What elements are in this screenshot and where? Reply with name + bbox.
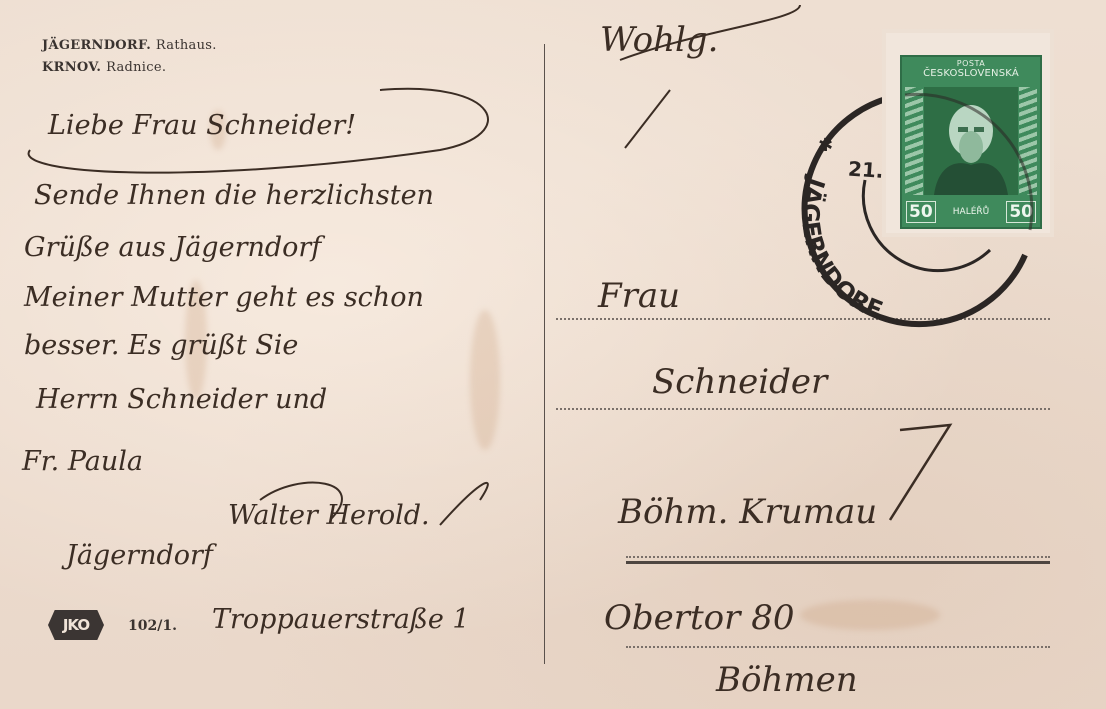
logo-text: JKO <box>63 616 89 634</box>
caption-building-de: Rathaus. <box>156 38 217 53</box>
stamp-posta: POSTA <box>902 59 1040 68</box>
address-underline <box>626 561 1050 564</box>
address-street: Obertor 80 <box>604 598 794 638</box>
postcard: JÄGERNDORF. Rathaus. KRNOV. Radnice. Lie… <box>0 0 1106 709</box>
publisher-logo: JKO <box>48 606 104 644</box>
message-line: Meiner Mutter geht es schon <box>24 282 424 313</box>
address-line <box>556 318 1050 320</box>
message-signature: Walter Herold. <box>228 500 430 531</box>
stain <box>470 310 500 450</box>
caption-building-cz: Radnice. <box>106 60 166 75</box>
address-prefix: Wohlg. <box>600 20 718 60</box>
stamp-face: POSTA ČESKOSLOVENSKÁ 50 HALÉŘŮ 50 <box>900 55 1042 229</box>
message-line: besser. Es grüßt Sie <box>24 330 298 361</box>
laurel-icon <box>905 87 923 195</box>
caption-town-cz: KRNOV. <box>42 60 101 75</box>
caption-line-2: KRNOV. Radnice. <box>42 60 166 75</box>
caption-line-1: JÄGERNDORF. Rathaus. <box>42 38 217 53</box>
stamp-unit: HALÉŘŮ <box>953 207 989 217</box>
message-salutation: Liebe Frau Schneider! <box>48 110 356 141</box>
address-name: Schneider <box>652 362 827 402</box>
message-line: Grüße aus Jägerndorf <box>24 232 321 263</box>
stamp-header: POSTA ČESKOSLOVENSKÁ <box>902 57 1040 79</box>
caption-town-de: JÄGERNDORF. <box>42 38 151 53</box>
address-city: Böhm. Krumau <box>618 492 877 532</box>
stamp-value-right: 50 <box>1006 201 1036 223</box>
stamp-country: ČESKOSLOVENSKÁ <box>902 68 1040 79</box>
svg-text:JÄGERNDORF: JÄGERNDORF <box>796 172 887 324</box>
sender-street: Troppauerstraße 1 <box>212 604 470 635</box>
stamp-value-row: 50 HALÉŘŮ 50 <box>902 199 1040 225</box>
center-divider <box>544 44 545 664</box>
address-line <box>626 646 1050 648</box>
postmark-city: JÄGERNDORF <box>796 172 887 324</box>
address-line <box>556 408 1050 410</box>
message-line: Herrn Schneider und <box>36 384 327 415</box>
laurel-icon <box>1019 87 1037 195</box>
postmark-star-icon: ✱ <box>818 135 833 156</box>
postage-stamp: POSTA ČESKOSLOVENSKÁ 50 HALÉŘŮ 50 <box>886 33 1050 233</box>
address-title: Frau <box>598 276 680 316</box>
message-line: Sende Ihnen die herzlichsten <box>34 180 434 211</box>
portrait-icon <box>924 87 1018 195</box>
message-line: Fr. Paula <box>22 446 143 477</box>
address-line <box>626 556 1050 558</box>
stain <box>800 600 940 630</box>
stamp-value-left: 50 <box>906 201 936 223</box>
address-region: Böhmen <box>716 660 858 700</box>
sender-city: Jägerndorf <box>66 540 213 571</box>
card-number: 102/1. <box>128 618 177 634</box>
